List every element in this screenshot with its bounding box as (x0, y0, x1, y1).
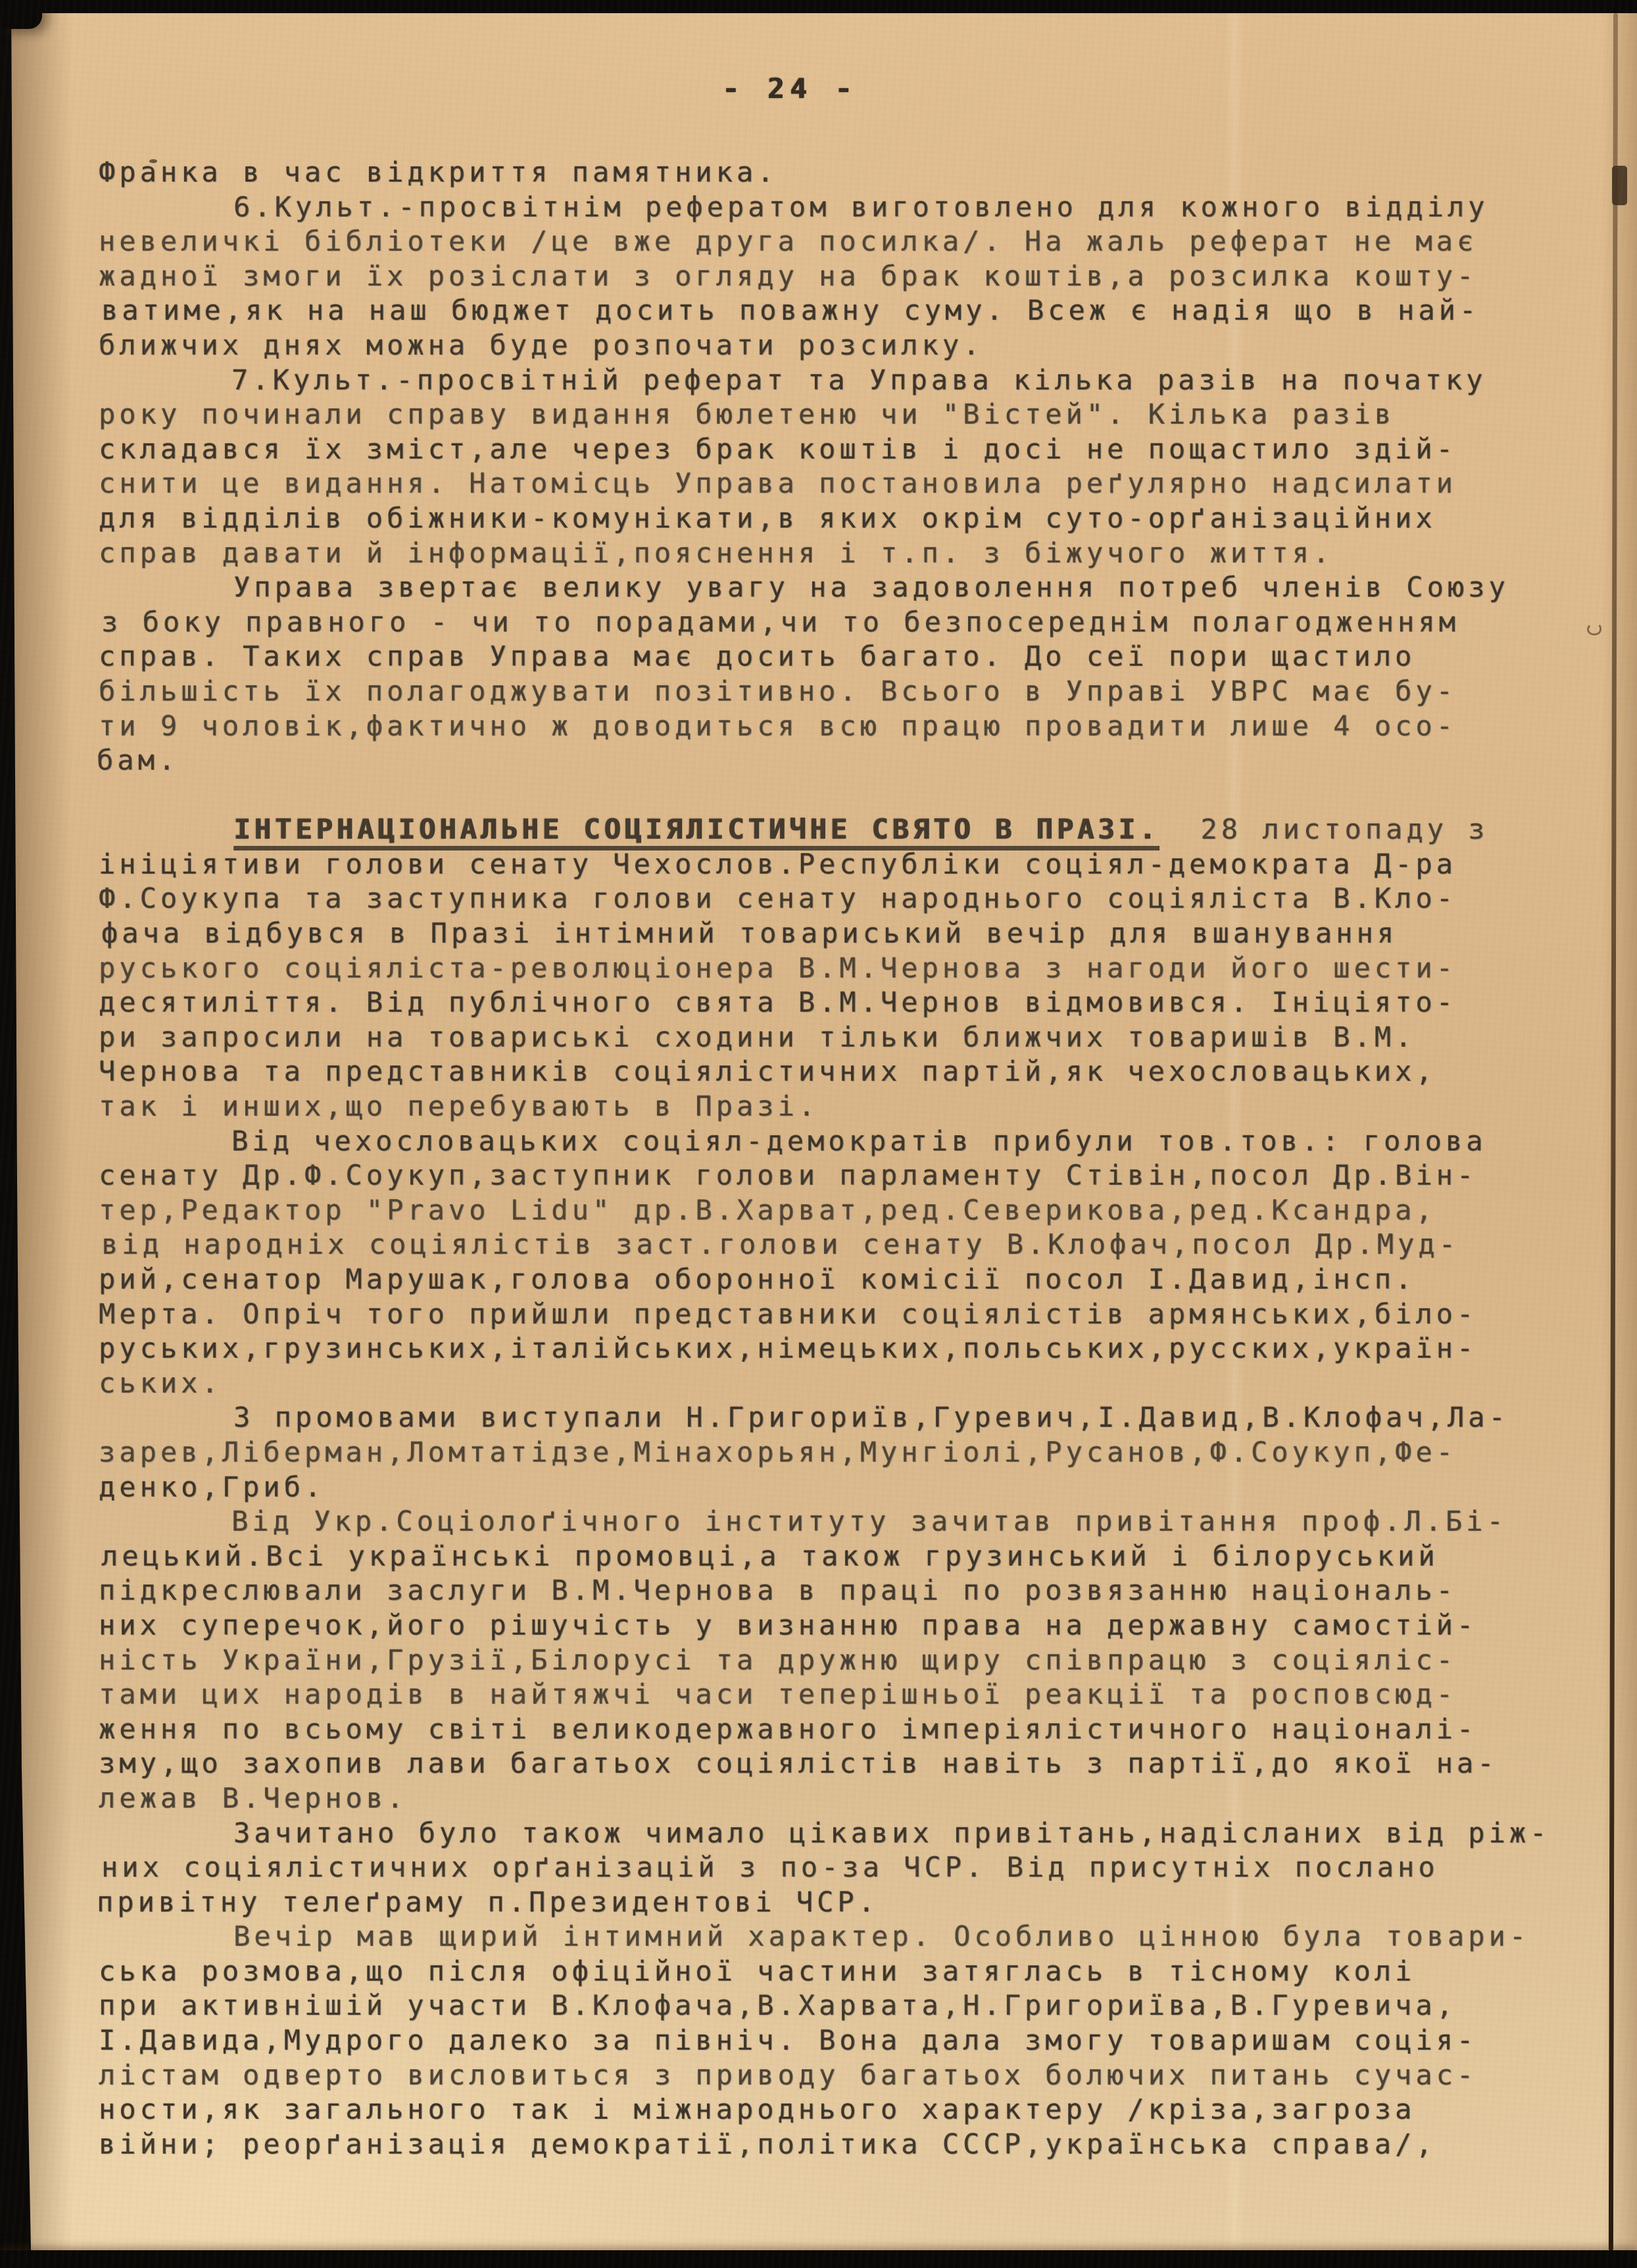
text-line: з боку правного - чи то порадами,чи то б… (101, 605, 1572, 640)
text-line: року починали справу видання бюлетеню чи… (99, 397, 1572, 432)
text-line: Мерта. Опріч того прийшли представники с… (99, 1297, 1572, 1332)
typewritten-text-block: Франка в час відкриття памятника.6.Культ… (99, 155, 1572, 2161)
text-line: від народніх соціялістів заст.голови сен… (101, 1227, 1572, 1262)
text-line: ности,як загального так і міжнароднього … (99, 2092, 1572, 2127)
text-line: ініціятиви голови сенату Чехослов.Респуб… (99, 847, 1572, 882)
text-line: ських. (99, 1366, 1572, 1401)
text-line: складався їх зміст,але через брак коштів… (99, 432, 1572, 467)
text-line: Від Укр.Соціолоґічного інституту зачитав… (97, 1504, 1572, 1539)
ink-speck (149, 159, 157, 163)
text-line: ближчих днях можна буде розпочати розсил… (99, 328, 1572, 363)
text-line: зму,що захопив лави багатьох соціялістів… (99, 1746, 1572, 1781)
text-line: ри запросили на товариські сходини тільк… (99, 1020, 1572, 1055)
paper-right-shading (1601, 0, 1637, 2268)
text-line: тами цих народів в найтяжчі часи теперіш… (99, 1677, 1572, 1712)
scan-edge-bottom (0, 2250, 1637, 2268)
text-line: руського соціяліста-революціонера В.М.Че… (99, 951, 1572, 986)
text-line: 6.Культ.-просвітнім рефератом виготовлен… (99, 190, 1572, 225)
text-line: справ давати й інформації,пояснення і т.… (99, 536, 1572, 571)
text-line: лістам одверто висловиться з приводу баг… (99, 2058, 1572, 2093)
text-line: них соціялістичних орґанізацій з по-за Ч… (101, 1850, 1572, 1885)
text-line: більшість їх полагоджувати позітивно. Вс… (99, 674, 1572, 709)
text-line: І.Давида,Мудрого далеко за північ. Вона … (99, 2023, 1572, 2058)
text-line: невеличкі бібліотеки /це вже друга посил… (99, 224, 1572, 259)
text-line: справ. Таких справ Управа має досить баг… (99, 639, 1572, 674)
text-line: підкреслювали заслуги В.М.Чернова в прац… (99, 1573, 1572, 1608)
text-line: Управа звертає велику увагу на задоволен… (99, 570, 1572, 605)
text-line: ська розмова,що після офіційної частини … (99, 1954, 1572, 1989)
text-line: снити це видання. Натомісць Управа поста… (99, 466, 1572, 501)
text-line: ватиме,як на наш бюджет досить поважну с… (101, 293, 1572, 328)
heading-line: ІНТЕРНАЦІОНАЛЬНЕ СОЦІЯЛІСТИЧНЕ СВЯТО В П… (99, 812, 1572, 847)
text-line: Ф.Соукупа та заступника голови сенату на… (99, 881, 1572, 916)
text-line: тер,Редактор "Pravo Lidu" др.В.Харват,ре… (99, 1193, 1572, 1228)
section-heading: ІНТЕРНАЦІОНАЛЬНЕ СОЦІЯЛІСТИЧНЕ СВЯТО В П… (233, 813, 1160, 851)
scanned-page: - 24 - Франка в час відкриття памятника.… (0, 0, 1637, 2268)
text-line: так і инших,що перебувають в Празі. (99, 1089, 1572, 1124)
blank-line (99, 778, 1572, 813)
text-line: Зачитано було також чимало цікавих приві… (99, 1816, 1572, 1851)
scan-edge-right-mark (1612, 166, 1627, 205)
text-line: для відділів обіжники-комунікати,в яких … (99, 501, 1572, 536)
text-line: фача відбувся в Празі інтімний товариськ… (101, 916, 1572, 951)
scan-edge-top (0, 0, 1637, 13)
text-line: зарев,Ліберман,Ломтатідзе,Мінахорьян,Мун… (99, 1435, 1572, 1470)
text-line: них суперечок,його рішучість у визнанню … (99, 1608, 1572, 1643)
text-line: руських,грузинських,італійських,німецьки… (99, 1331, 1572, 1366)
text-line: Чернова та представників соціялістичних … (99, 1054, 1572, 1089)
text-line: Від чехословацьких соціял-демократів при… (97, 1124, 1572, 1159)
text-line: війни; реорґанізація демократії,політика… (99, 2127, 1572, 2162)
text-line: 7.Культ.-просвітній реферат та Управа кі… (97, 363, 1572, 398)
heading-tail: 28 листопаду з (1160, 813, 1489, 845)
text-line: бам. (97, 743, 1572, 778)
text-line: при активнішій участи В.Клофача,В.Харват… (99, 1988, 1572, 2023)
text-line: рий,сенатор Марушак,голова оборонної ком… (99, 1262, 1572, 1297)
text-line: лежав В.Чернов. (99, 1781, 1572, 1816)
text-line: жадної змоги їх розіслати з огляду на бр… (99, 259, 1572, 294)
text-line: денко,Гриб. (99, 1470, 1572, 1505)
text-line: Вечір мав щирий інтимний характер. Особл… (99, 1919, 1572, 1954)
text-line: ти 9 чоловік,фактично ж доводиться всю п… (99, 709, 1572, 744)
text-line: десятиліття. Від публічного свята В.М.Че… (99, 985, 1572, 1020)
text-line: ність України,Грузії,Білорусі та дружню … (99, 1643, 1572, 1678)
text-line: привітну телеґраму п.Президентові ЧСР. (97, 1885, 1572, 1920)
text-line: лецький.Всі українські промовці,а також … (101, 1539, 1572, 1574)
text-line: ження по всьому світі великодержавного і… (99, 1712, 1572, 1747)
text-line: сенату Др.Ф.Соукуп,заступник голови парл… (99, 1158, 1572, 1193)
text-line: З промовами виступали Н.Григориїв,Гуреви… (99, 1400, 1572, 1435)
ink-speck (1587, 623, 1601, 635)
text-line: Франка в час відкриття памятника. (99, 155, 1572, 190)
page-number: - 24 - (722, 72, 858, 105)
